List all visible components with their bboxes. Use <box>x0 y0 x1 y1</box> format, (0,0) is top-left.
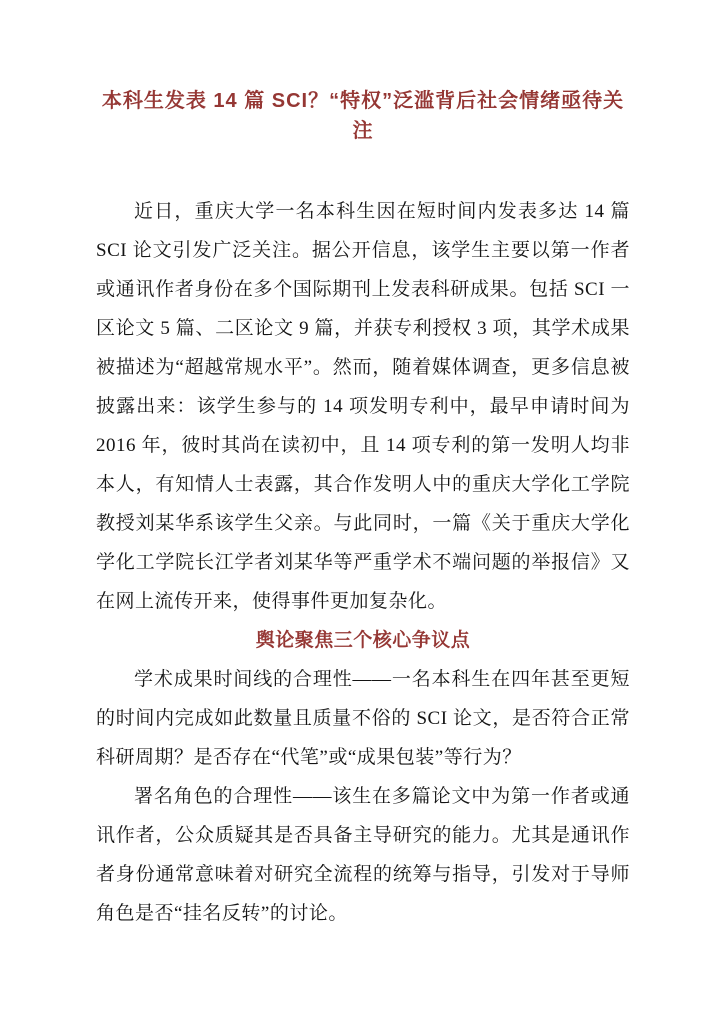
document-title: 本科生发表 14 篇 SCI？“特权”泛滥背后社会情绪亟待关注 <box>96 86 630 146</box>
document-page: 本科生发表 14 篇 SCI？“特权”泛滥背后社会情绪亟待关注 近日，重庆大学一… <box>0 0 724 1024</box>
paragraph-dispute-authorship: 署名角色的合理性——该生在多篇论文中为第一作者或通讯作者，公众质疑其是否具备主导… <box>96 777 630 933</box>
paragraph-intro: 近日，重庆大学一名本科生因在短时间内发表多达 14 篇 SCI 论文引发广泛关注… <box>96 192 630 621</box>
section-heading: 舆论聚焦三个核心争议点 <box>96 621 630 660</box>
paragraph-dispute-timeline: 学术成果时间线的合理性——一名本科生在四年甚至更短的时间内完成如此数量且质量不俗… <box>96 660 630 777</box>
document-body: 近日，重庆大学一名本科生因在短时间内发表多达 14 篇 SCI 论文引发广泛关注… <box>96 192 630 933</box>
